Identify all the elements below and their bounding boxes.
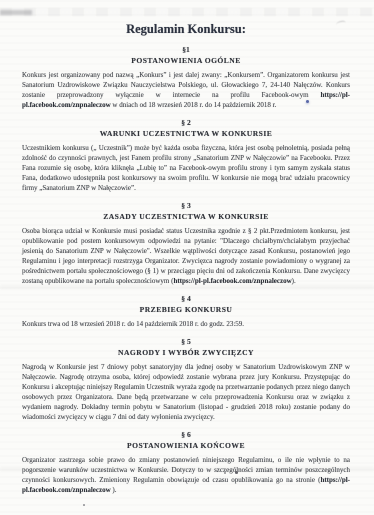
body-text: ). [111, 486, 117, 494]
body-text: Uczestnikiem konkursu („ Uczestnik”) moż… [22, 144, 350, 192]
body-text: Konkurs jest organizowany pod nazwą „Kon… [22, 71, 350, 99]
section-body: Konkurs trwa od 18 wrzesień 2018 r. do 1… [22, 319, 350, 329]
section-5: § 5 NAGRODY I WYBÓR ZWYCIĘZCY Nagrodą w … [22, 337, 350, 422]
section-body: Uczestnikiem konkursu („ Uczestnik”) moż… [22, 143, 350, 193]
scanned-document: { "document": { "title": "Regulamin Konk… [0, 0, 374, 515]
section-4: § 4 PRZEBIEG KONKURSU Konkurs trwa od 18… [22, 294, 350, 329]
scan-speck [224, 472, 226, 474]
section-heading: WARUNKI UCZESTNICTWA W KONKURSIE [22, 129, 350, 138]
scan-speck [235, 471, 238, 474]
ink-dot-blue [306, 100, 309, 103]
section-heading: NAGRODY I WYBÓR ZWYCIĘZCY [22, 348, 350, 357]
body-text: w dniach od 18 wrzesień 2018 r. do 14 pa… [111, 101, 277, 109]
section-body: Organizator zastrzega sobie prawo do zmi… [22, 455, 350, 495]
document-title: Regulamin Konkursu: [22, 22, 350, 37]
section-heading: ZASADY UCZESTNICTWA W KONKURSIE [22, 212, 350, 221]
section-number: § 5 [22, 337, 350, 346]
body-text: Nagrodą w Konkursie jest 7 dniowy pobyt … [22, 363, 350, 421]
document-page: Regulamin Konkursu: §1 POSTANOWIENIA OGÓ… [0, 0, 374, 495]
facebook-url: https://pl-pl.facebook.com/znpnaleczow [173, 277, 291, 285]
section-heading: PRZEBIEG KONKURSU [22, 305, 350, 314]
body-text: ). [292, 277, 296, 285]
section-number: § 4 [22, 294, 350, 303]
section-2: § 2 WARUNKI UCZESTNICTWA W KONKURSIE Ucz… [22, 118, 350, 193]
section-body: Osoba biorąca udział w Konkursie musi po… [22, 226, 350, 286]
section-1: §1 POSTANOWIENIA OGÓLNE Konkurs jest org… [22, 45, 350, 110]
body-text: Konkurs trwa od 18 wrzesień 2018 r. do 1… [22, 320, 244, 328]
scan-speck [83, 504, 85, 506]
section-heading: POSTANOWIENIA KOŃCOWE [22, 441, 350, 450]
section-number: §1 [22, 45, 350, 54]
section-number: § 3 [22, 201, 350, 210]
body-text: Organizator zastrzega sobie prawo do zmi… [22, 456, 350, 484]
section-3: § 3 ZASADY UCZESTNICTWA W KONKURSIE Osob… [22, 201, 350, 286]
section-heading: POSTANOWIENIA OGÓLNE [22, 56, 350, 65]
section-body: Konkurs jest organizowany pod nazwą „Kon… [22, 70, 350, 110]
section-number: § 2 [22, 118, 350, 127]
section-body: Nagrodą w Konkursie jest 7 dniowy pobyt … [22, 362, 350, 422]
section-6: § 6 POSTANOWIENIA KOŃCOWE Organizator za… [22, 430, 350, 495]
section-number: § 6 [22, 430, 350, 439]
